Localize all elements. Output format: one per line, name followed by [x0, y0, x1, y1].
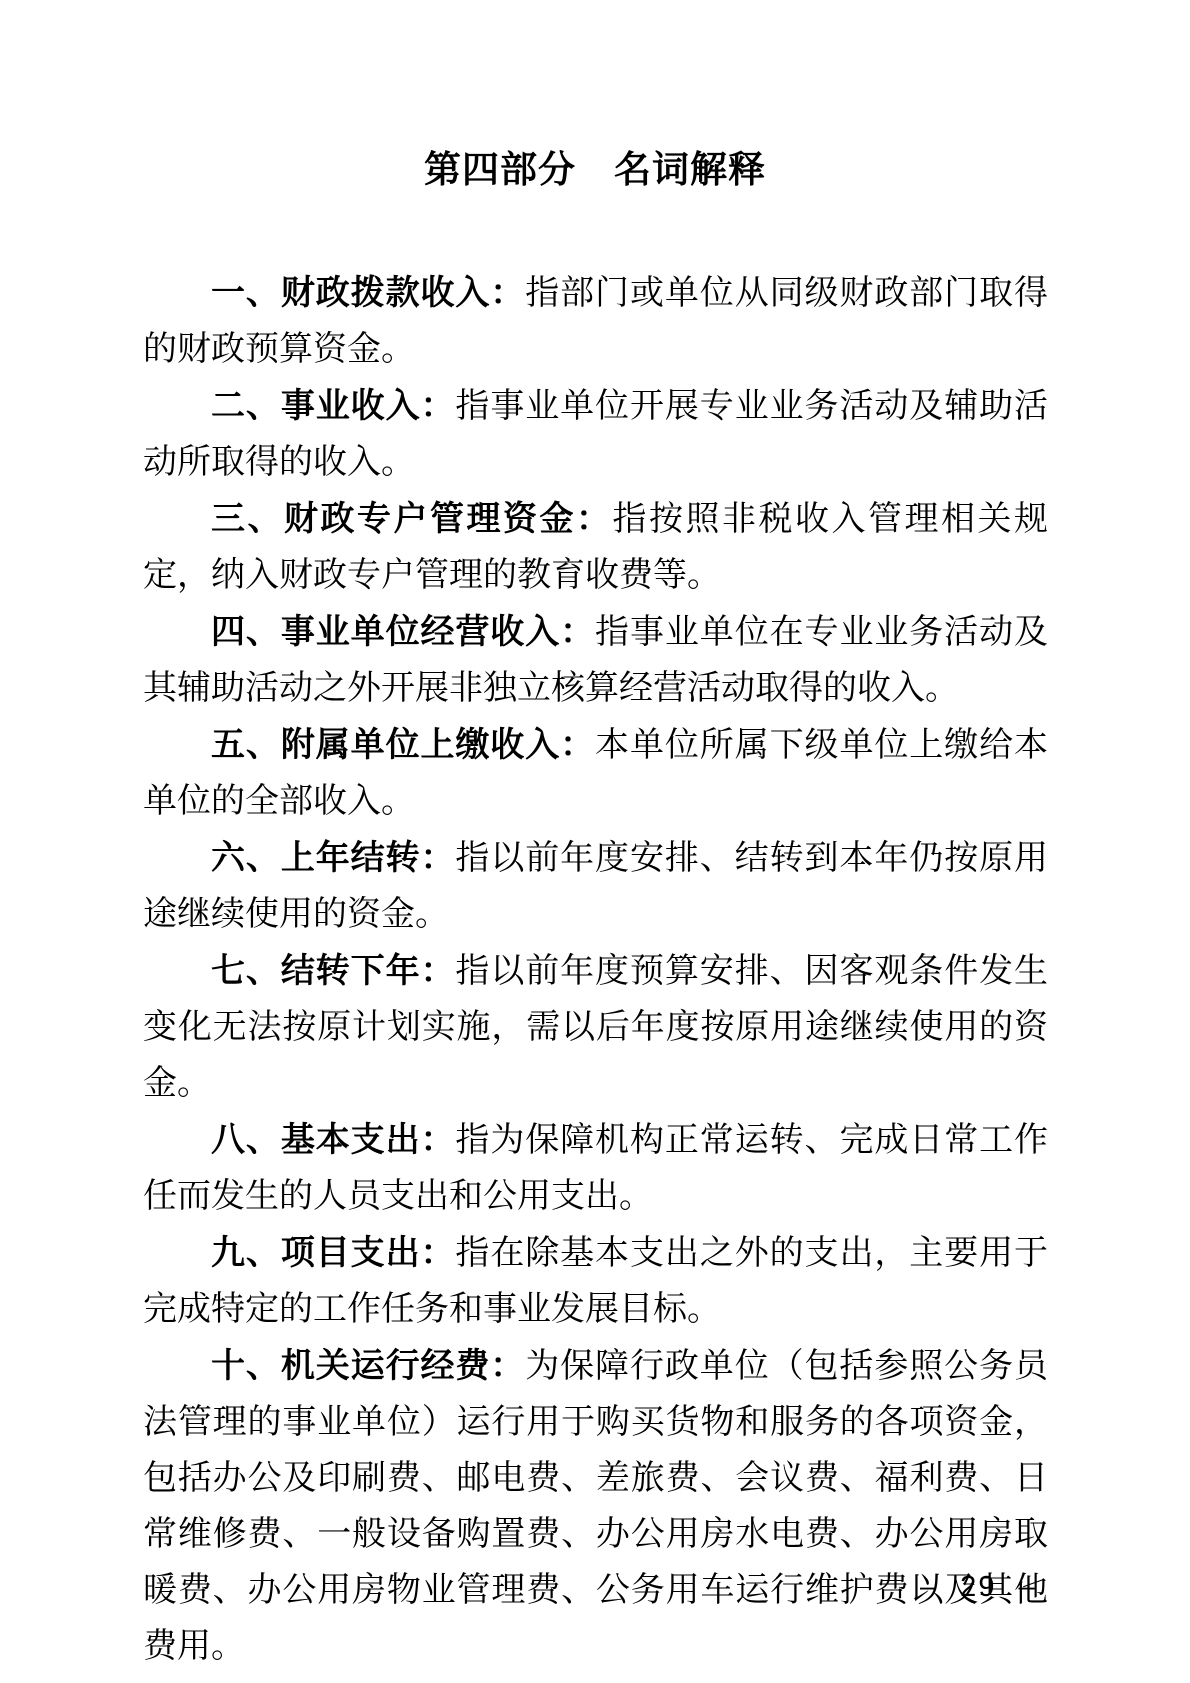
definition-item: 一、财政拨款收入：指部门或单位从同级财政部门取得的财政预算资金。	[143, 265, 1048, 378]
definition-item: 十、机关运行经费：为保障行政单位（包括参照公务员法管理的事业单位）运行用于购买货…	[143, 1338, 1048, 1675]
definition-item: 九、项目支出：指在除基本支出之外的支出，主要用于完成特定的工作任务和事业发展目标…	[143, 1225, 1048, 1338]
definition-term: 二、事业收入：	[211, 387, 455, 425]
definition-term: 一、财政拨款收入：	[211, 274, 525, 312]
document-page: 第四部分 名词解释 一、财政拨款收入：指部门或单位从同级财政部门取得的财政预算资…	[0, 0, 1190, 1683]
definition-term: 七、结转下年：	[211, 952, 455, 990]
definition-term: 八、基本支出：	[211, 1121, 455, 1159]
definition-item: 四、事业单位经营收入：指事业单位在专业业务活动及其辅助活动之外开展非独立核算经营…	[143, 604, 1048, 717]
definition-term: 五、附属单位上缴收入：	[211, 726, 595, 764]
definition-term: 十、机关运行经费：	[211, 1347, 525, 1385]
definition-term: 四、事业单位经营收入：	[211, 613, 595, 651]
definitions-list: 一、财政拨款收入：指部门或单位从同级财政部门取得的财政预算资金。 二、事业收入：…	[143, 265, 1048, 1675]
definition-item: 六、上年结转：指以前年度安排、结转到本年仍按原用途继续使用的资金。	[143, 830, 1048, 943]
page-title: 第四部分 名词解释	[0, 148, 1190, 194]
definition-term: 六、上年结转：	[211, 839, 455, 877]
definition-item: 七、结转下年：指以前年度预算安排、因客观条件发生变化无法按原计划实施，需以后年度…	[143, 943, 1048, 1112]
definition-term: 三、财政专户管理资金：	[211, 500, 613, 538]
definition-item: 三、财政专户管理资金：指按照非税收入管理相关规定，纳入财政专户管理的教育收费等。	[143, 491, 1048, 604]
definition-item: 五、附属单位上缴收入：本单位所属下级单位上缴给本单位的全部收入。	[143, 717, 1048, 830]
page-number: – 29 –	[920, 1570, 1037, 1604]
definition-item: 八、基本支出：指为保障机构正常运转、完成日常工作任而发生的人员支出和公用支出。	[143, 1112, 1048, 1225]
definition-item: 二、事业收入：指事业单位开展专业业务活动及辅助活动所取得的收入。	[143, 378, 1048, 491]
definition-text: 为保障行政单位（包括参照公务员法管理的事业单位）运行用于购买货物和服务的各项资金…	[143, 1348, 1048, 1665]
definition-term: 九、项目支出：	[211, 1234, 455, 1272]
